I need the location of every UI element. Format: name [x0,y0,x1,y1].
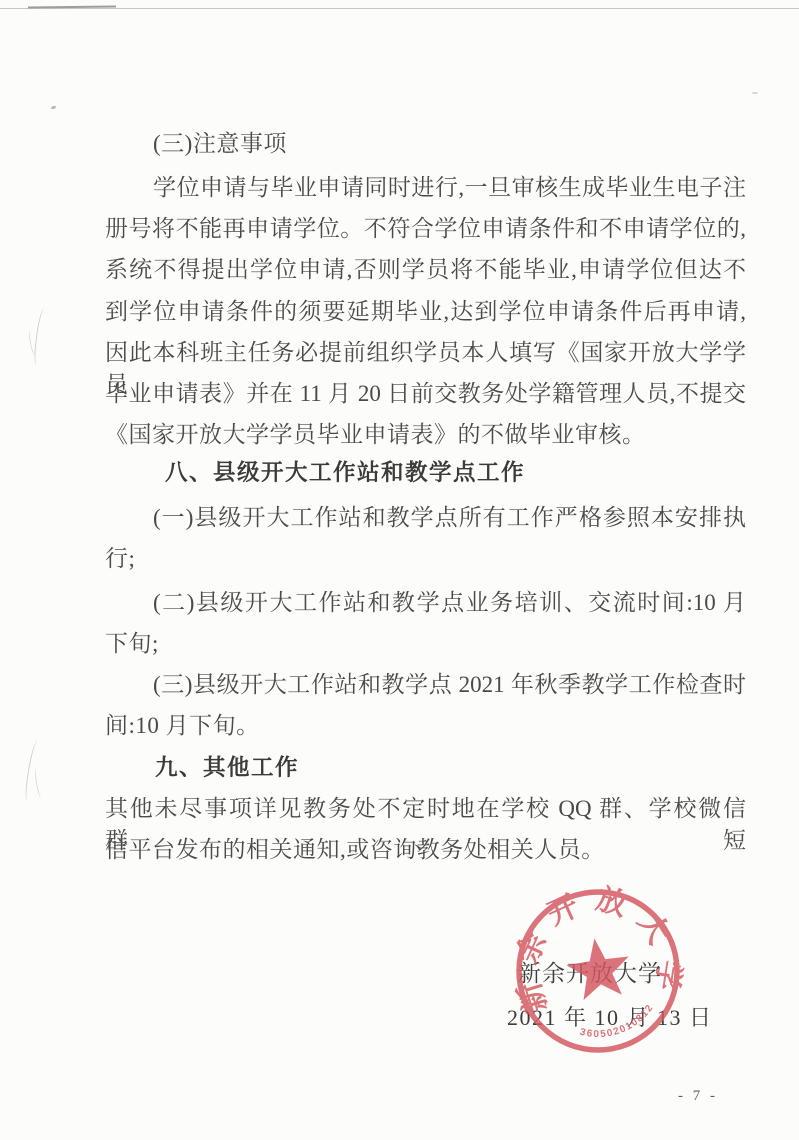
paragraph-line: 册号将不能再申请学位。不符合学位申请条件和不申请学位的, [105,213,746,245]
signature-organization: 新余开放大学 [518,955,662,988]
scan-artifact-top-line [0,8,799,9]
signature-date: 2021 年 10 月 13 日 [507,1001,713,1032]
scanned-document-page: (三)注意事项 学位申请与毕业申请同时进行,一旦审核生成毕业生电子注 册号将不能… [0,0,799,1140]
scan-artifact-speck [51,105,57,110]
paragraph-line: 《国家开放大学学员毕业申请表》的不做毕业审核。 [105,419,746,451]
svg-text:新余开放大学: 新余开放大学 [509,882,686,1016]
paragraph-line: 到学位申请条件的须要延期毕业,达到学位申请条件后再申请, [105,296,746,328]
section-heading-9: 九、其他工作 [105,752,796,784]
list-item-line: (一)县级开大工作站和教学点所有工作严格参照本安排执 [105,502,746,534]
list-item-line: 行; [105,543,746,575]
paragraph-line: 学位申请与毕业申请同时进行,一旦审核生成毕业生电子注 [105,172,746,204]
page-number: - 7 - [678,1088,718,1105]
list-item-line: (二)县级开大工作站和教学点业务培训、交流时间:10 月 [105,587,746,619]
paragraph-line: 系统不得提出学位申请,否则学员将不能毕业,申请学位但达不 [105,254,746,286]
scan-artifact-squiggle [33,768,44,799]
paragraph-line: 信平台发布的相关通知,或咨询教务处相关人员。 [105,834,746,866]
scan-artifact-speck [752,92,758,94]
list-item-line: 间:10 月下旬。 [105,710,746,742]
list-item-line: (三)县级开大工作站和教学点 2021 年秋季教学工作检查时 [105,669,746,701]
list-item-line: 下旬; [105,628,746,660]
seal-arc-characters: 新余开放大学 [509,882,686,1016]
subsection-heading-notes: (三)注意事项 [105,128,746,160]
paragraph-line: 毕业申请表》并在 11 月 20 日前交教务处学籍管理人员,不提交 [105,378,746,410]
section-heading-8: 八、县级开大工作站和教学点工作 [105,457,799,489]
